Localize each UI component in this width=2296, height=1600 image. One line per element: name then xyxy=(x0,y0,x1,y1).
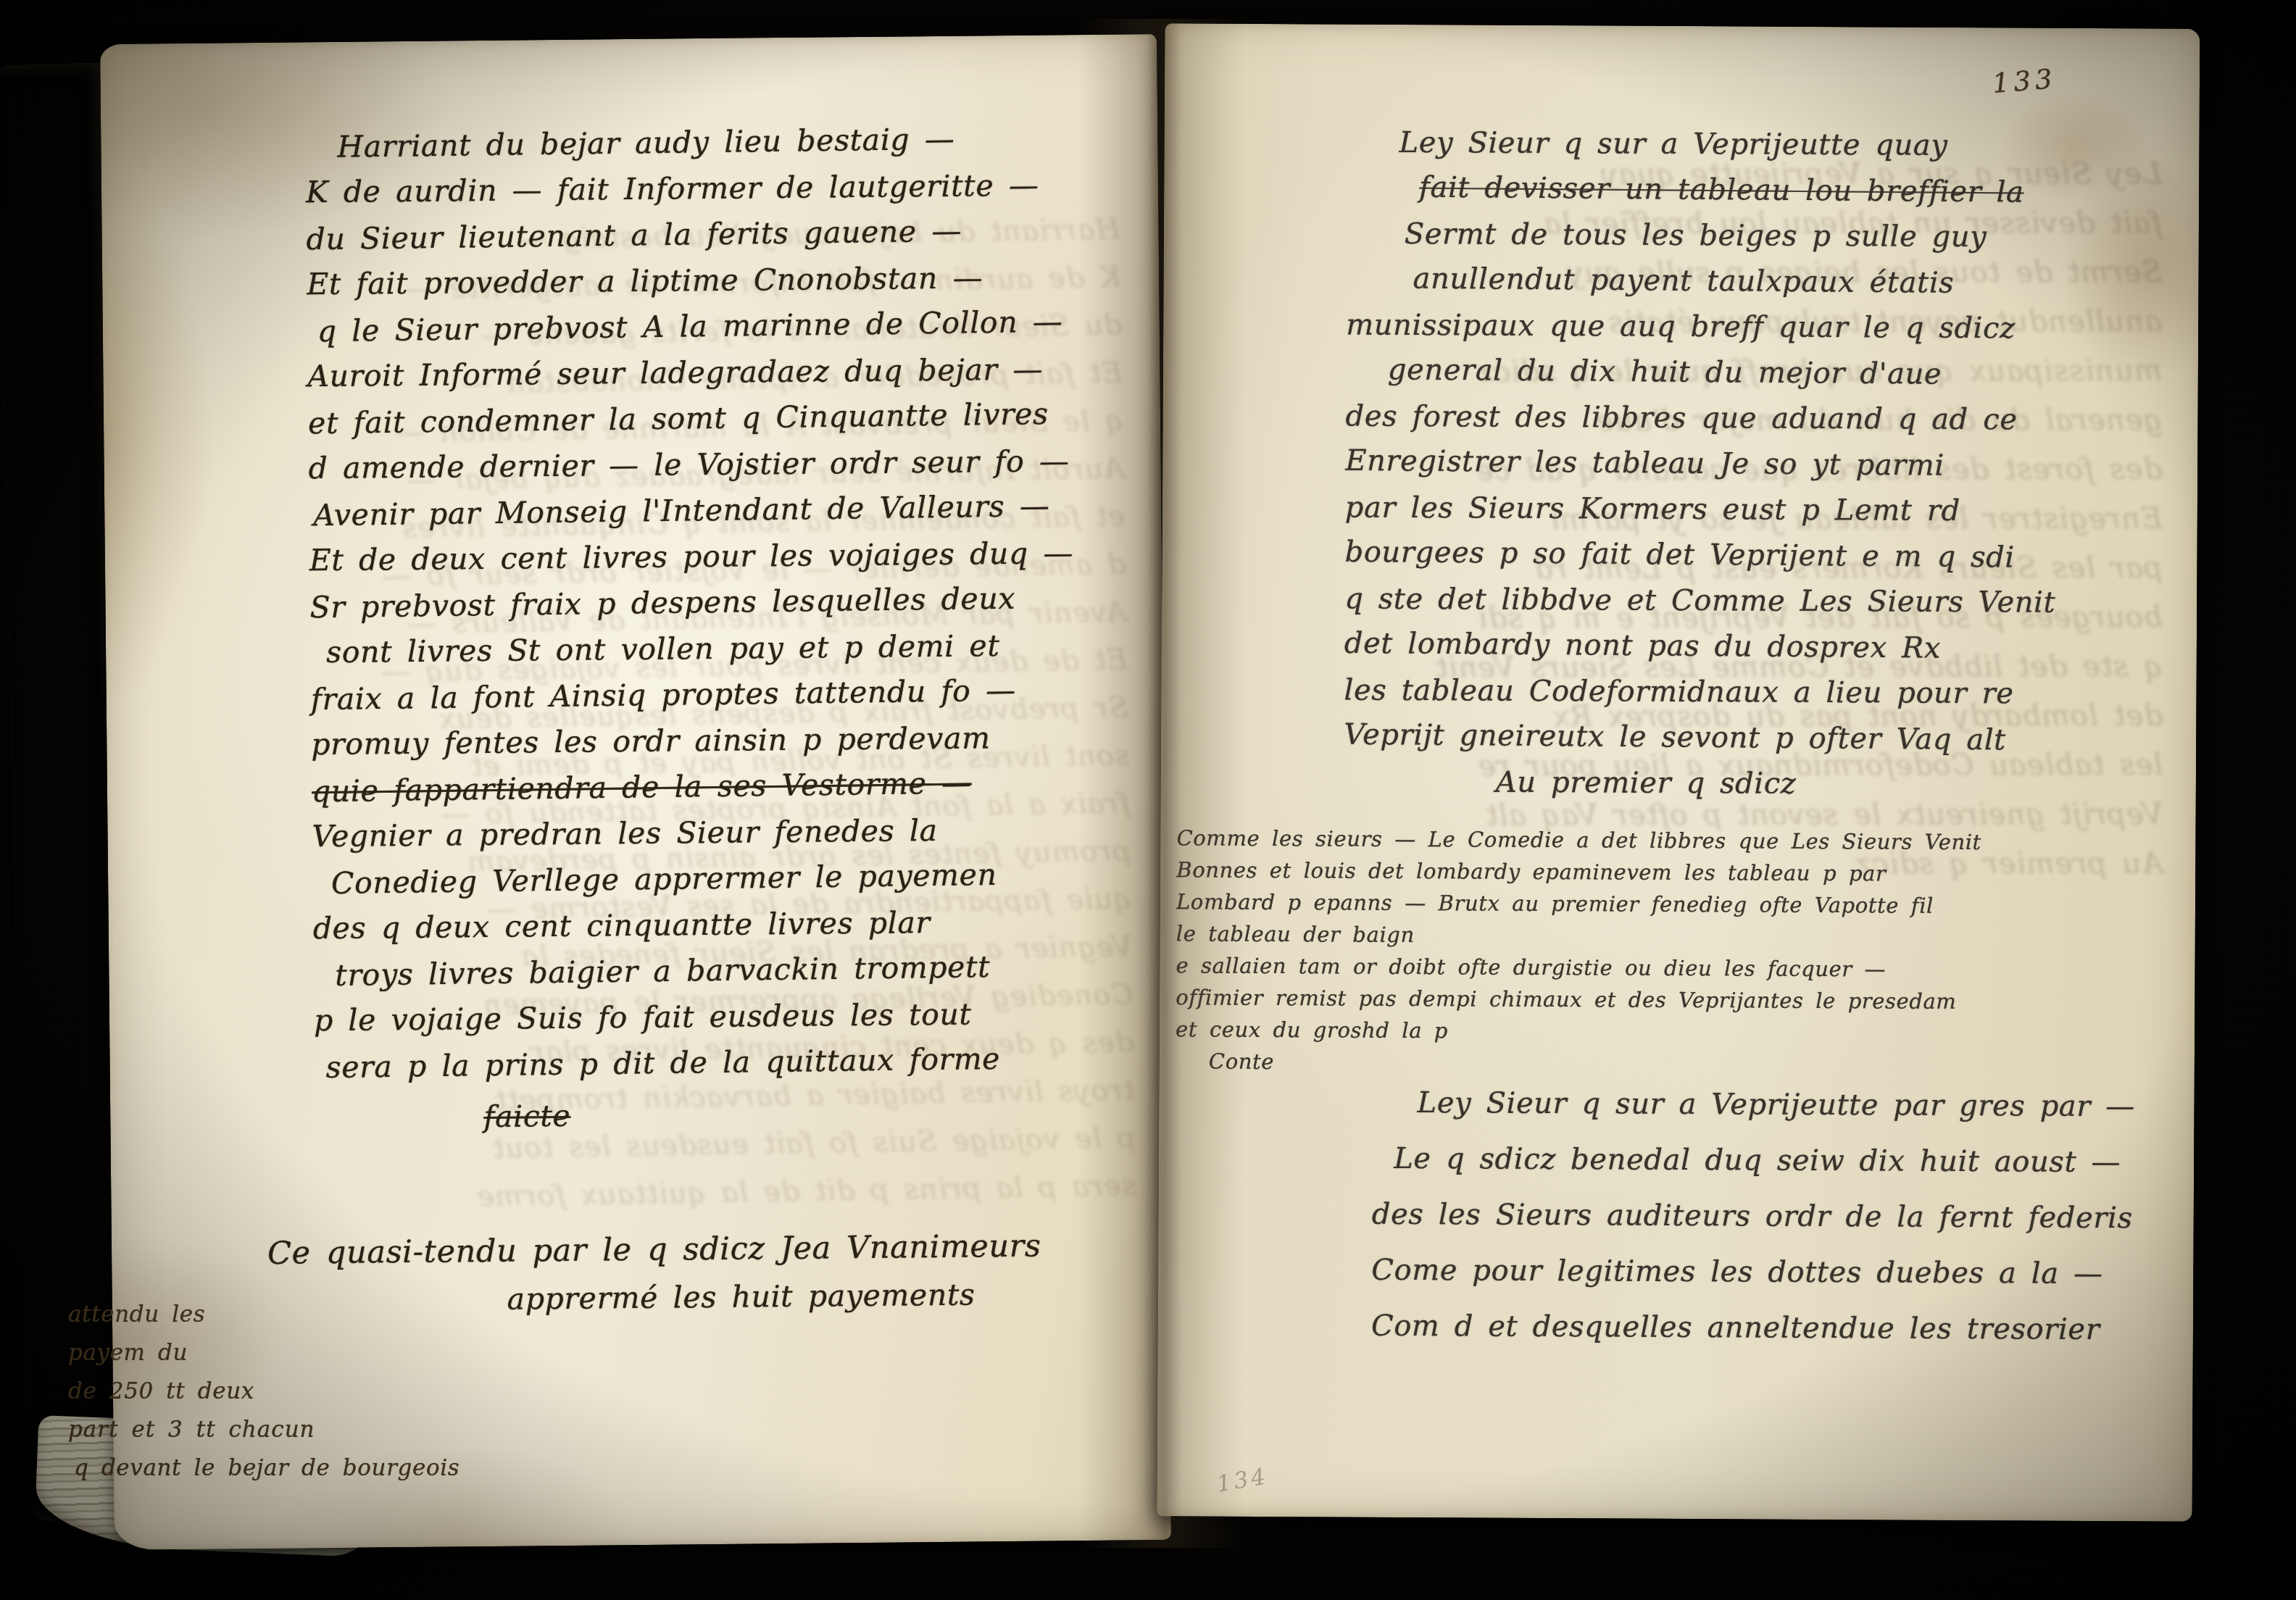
manuscript-line: des les Sieurs auditeurs ordr de la fern… xyxy=(1372,1187,2198,1247)
manuscript-line: Com d et desquelles anneltendue les tres… xyxy=(1371,1299,2197,1359)
manuscript-line: par les Sieurs Kormers eust p Lemt rd xyxy=(1345,486,2186,536)
manuscript-line: q ste det libbdve et Comme Les Sieurs Ve… xyxy=(1344,577,2185,627)
right-page-margin-annotation: Comme les sieurs — Le Comedie a det libb… xyxy=(1176,822,2134,1082)
manuscript-line: munissipaux que auq breff quar le q sdic… xyxy=(1346,303,2187,353)
left-page-body-text: Harriant du bejar audy lieu bestaig —K d… xyxy=(305,115,1148,1089)
margin-note-line: e sallaien tam or doibt ofte durgistie o… xyxy=(1176,949,2132,986)
manuscript-line: Enregistrer les tableau Je so yt parmi xyxy=(1345,438,2186,491)
manuscript-photo: Harriant du bejar audy lieu bestaig —K d… xyxy=(0,0,2296,1600)
manuscript-line: Ley Sieur q sur a Veprijeutte par gres p… xyxy=(1372,1075,2198,1136)
manuscript-line: Ley Sieur q sur a Veprijeutte quay xyxy=(1347,120,2187,170)
manuscript-line: Sermt de tous les beiges p sulle guy xyxy=(1347,212,2187,262)
manuscript-line: general du dix huit du mejor d'aue xyxy=(1346,347,2187,400)
margin-note-line: de 250 tt deux xyxy=(68,1372,662,1411)
margin-note-line: attendu les xyxy=(68,1296,662,1334)
manuscript-line: sera p la prins p dit de la quittaux for… xyxy=(314,1034,1148,1091)
margin-note-line: Comme les sieurs — Le Comedie a det libb… xyxy=(1176,822,2133,859)
folio-number: 133 xyxy=(1991,63,2058,99)
manuscript-line: Ce quasi-tendu par le q sdicz Jea Vnanim… xyxy=(267,1221,1138,1278)
margin-note-line: et ceux du groshd la p xyxy=(1176,1013,2132,1050)
right-page: Ley Sieur q sur a Veprijeutte quayfait d… xyxy=(1157,23,2200,1521)
right-page-body-text: Ley Sieur q sur a Veprijeutte quayfait d… xyxy=(1344,120,2188,809)
manuscript-line: les tableau Codeformidnaux a lieu pour r… xyxy=(1344,668,2184,718)
right-page-bottom-text: Ley Sieur q sur a Veprijeutte par gres p… xyxy=(1371,1075,2199,1359)
margin-note-line: q devant le bejar de bourgeois xyxy=(68,1449,662,1488)
margin-note-line: payem du xyxy=(68,1334,662,1372)
margin-note-line: offimier remist pas dempi chimaux et des… xyxy=(1176,981,2132,1018)
margin-note-line: Bonnes et louis det lombardy epaminevem … xyxy=(1176,854,2133,891)
manuscript-line: bourgees p so fait det Veprijent e m q s… xyxy=(1344,530,2185,583)
manuscript-line: fait devisser un tableau lou breffier la xyxy=(1347,164,2187,217)
manuscript-line: faicte xyxy=(266,1086,1136,1143)
margin-note-line: Lombard p epanns — Brutx au premier fene… xyxy=(1176,886,2133,922)
manuscript-line: Au premier q sdicz xyxy=(1344,759,2184,809)
manuscript-line: Come pour legitimes les dottes duebes a … xyxy=(1371,1243,2197,1303)
manuscript-line: des forest des libbres que aduand q ad c… xyxy=(1345,394,2186,444)
margin-note-line: le tableau der baign xyxy=(1176,917,2133,954)
manuscript-line: det lombardy nont pas du dosprex Rx xyxy=(1344,621,2185,674)
manuscript-line: anullendut payent taulxpaux étatis xyxy=(1346,256,2187,309)
pencil-folio-number: 134 xyxy=(1215,1463,1270,1497)
margin-note-line: part et 3 tt chacun xyxy=(68,1411,662,1449)
left-page-closing-text: faicteCe quasi-tendu par le q sdicz Jea … xyxy=(266,1086,1138,1325)
left-page-margin-notes: attendu lespayem dude 250 tt deuxpart et… xyxy=(68,1296,662,1488)
manuscript-line: Veprijt gneireutx le sevont p ofter Vaq … xyxy=(1344,712,2184,765)
manuscript-line: Le q sdicz benedal duq seiw dix huit aou… xyxy=(1372,1131,2198,1191)
